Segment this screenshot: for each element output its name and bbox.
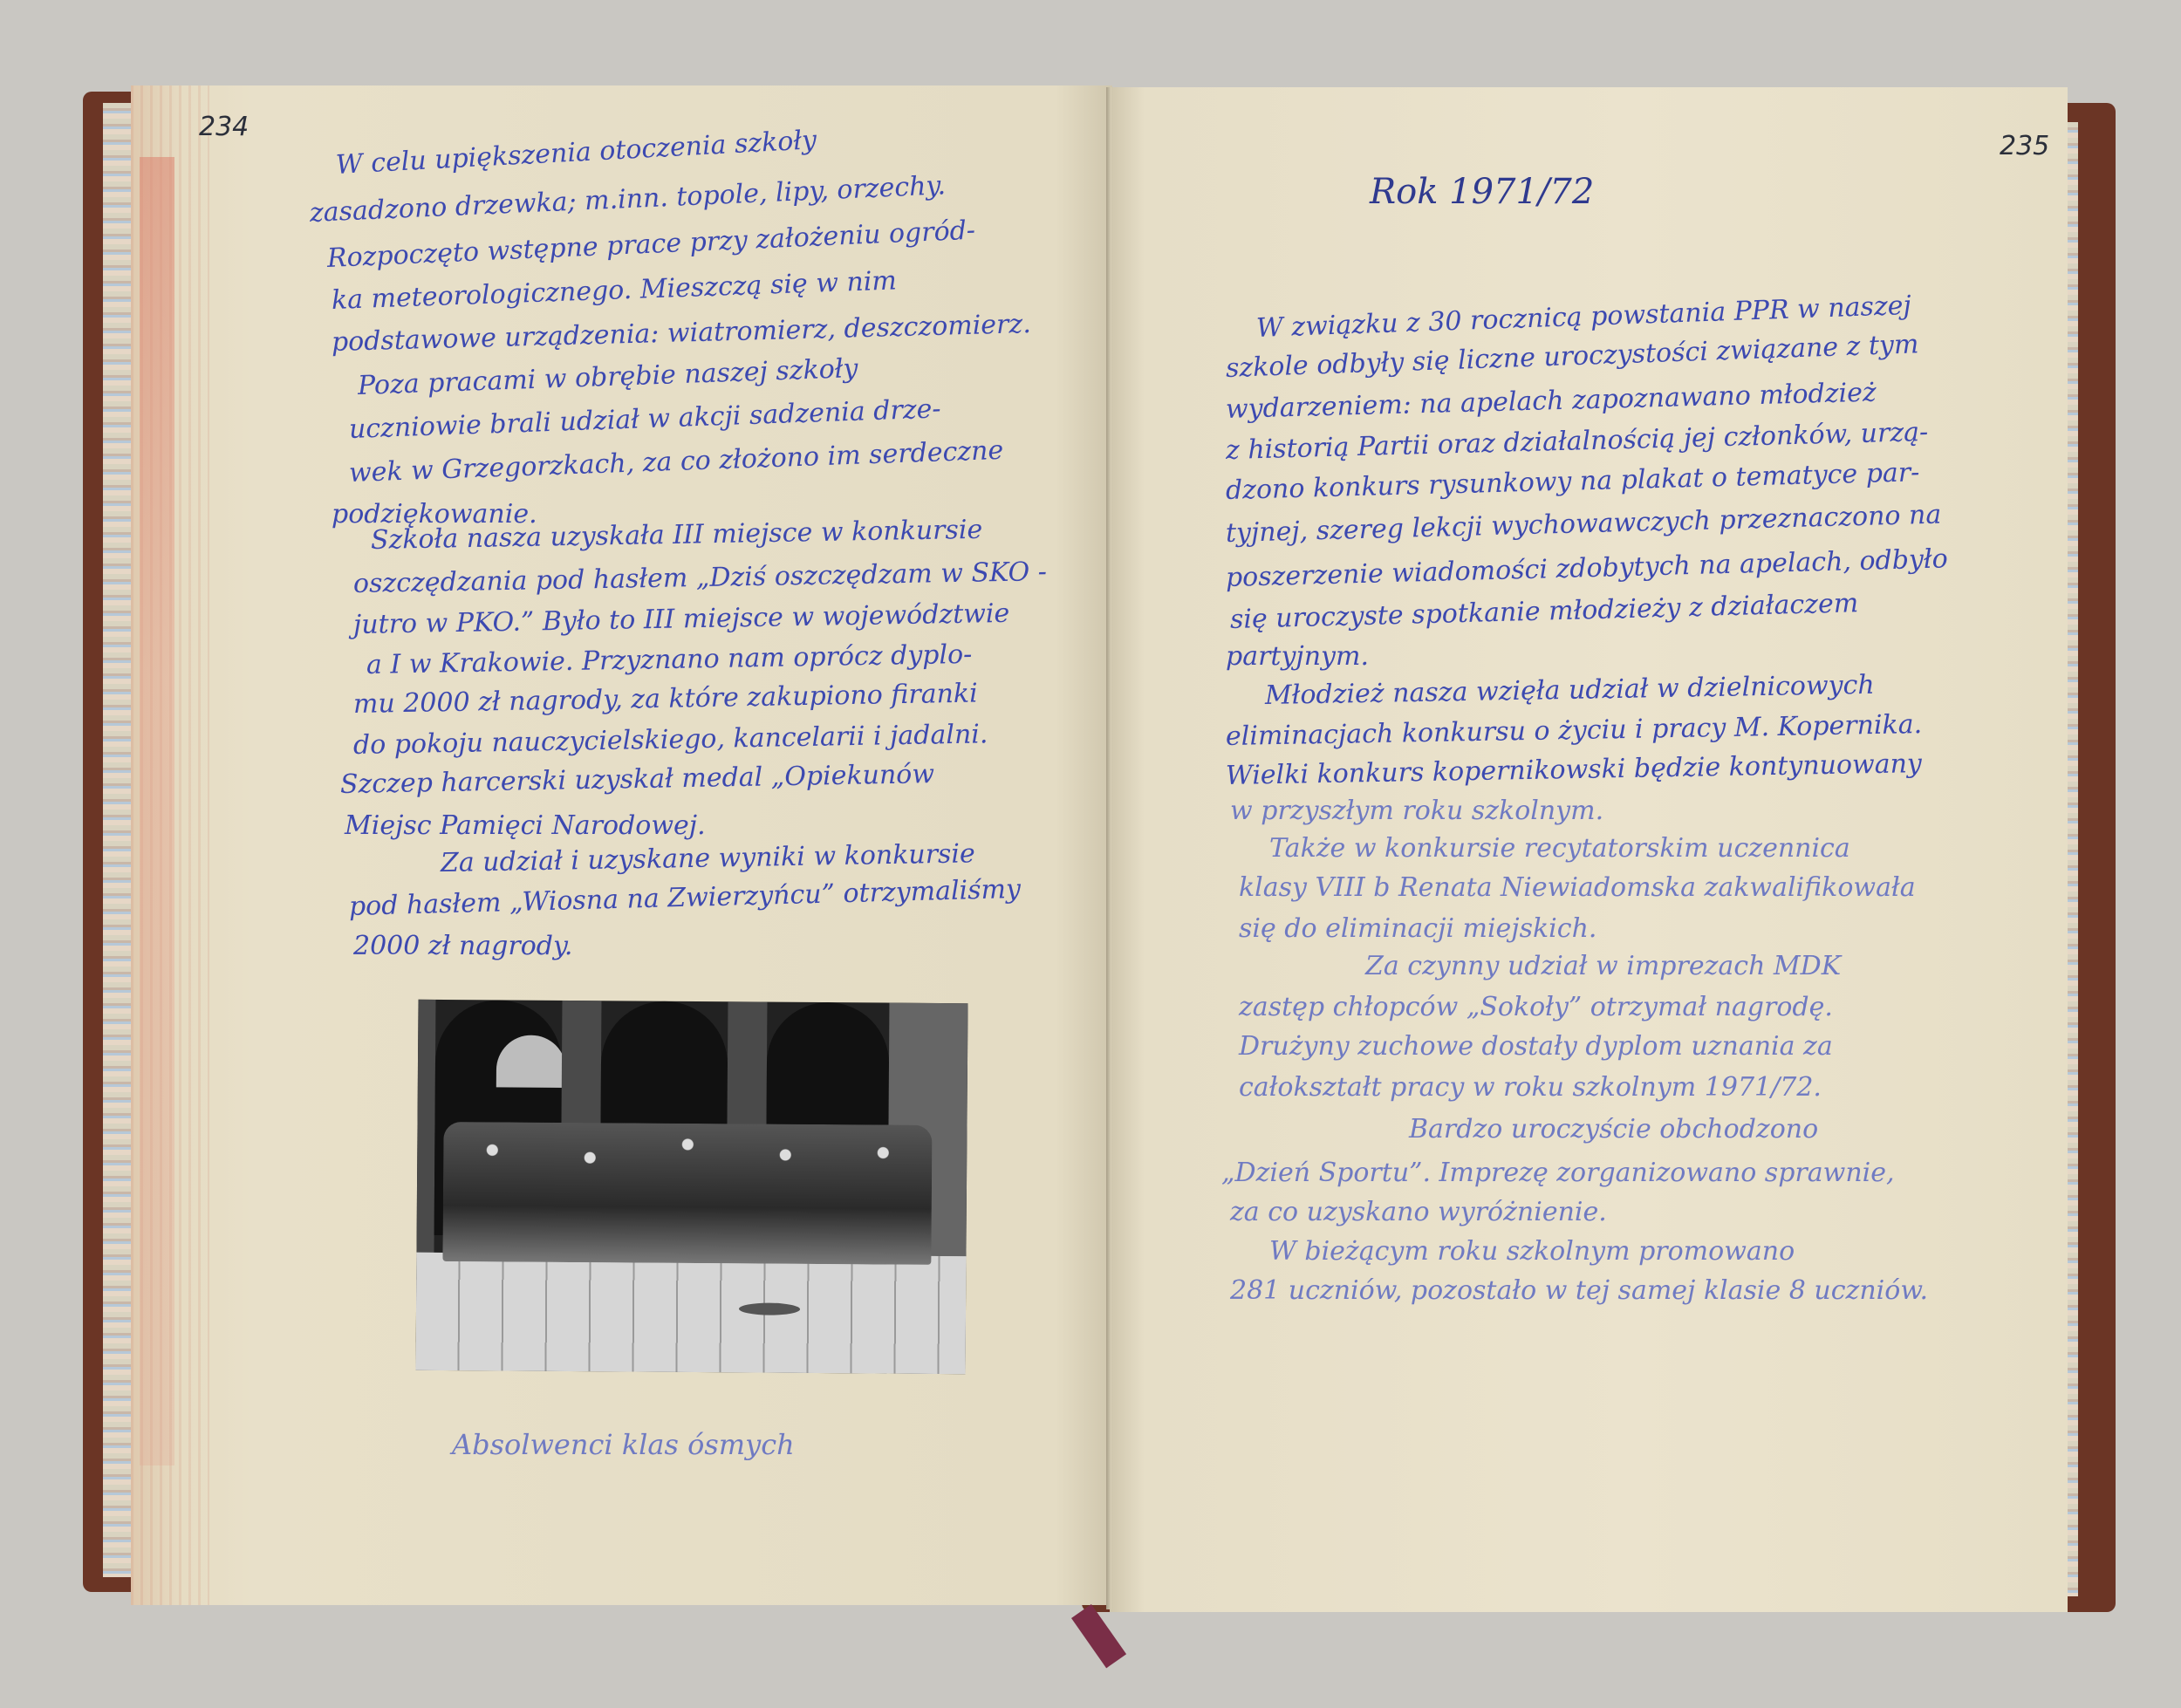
page-number-right: 235 (2000, 131, 2049, 161)
page-number-left: 234 (199, 112, 249, 142)
handwritten-line: się do eliminacji miejskich. (1239, 916, 1596, 942)
handwritten-line: klasy VIII b Renata Niewiadomska zakwali… (1239, 875, 1916, 901)
handwritten-line: W bieżącym roku szkolnym promowano (1269, 1239, 1795, 1265)
photo-pavement (416, 1253, 967, 1374)
bookmark-ribbon (1071, 1604, 1126, 1668)
handwritten-line: „Dzień Sportu”. Imprezę zorganizowano sp… (1221, 1160, 1895, 1186)
handwritten-line: Bardzo uroczyście obchodzono (1409, 1117, 1818, 1143)
handwritten-line: 2000 zł nagrody. (353, 933, 572, 960)
year-heading: Rok 1971/72 (1370, 174, 1594, 209)
handwritten-line: Za czynny udział w imprezach MDK (1365, 953, 1841, 980)
handwritten-line: za co uzyskano wyróżnienie. (1230, 1199, 1607, 1226)
handwritten-line: Miejsc Pamięci Narodowej. (345, 813, 706, 839)
handwritten-line: partyjnym. (1226, 644, 1369, 670)
photo-pillar (416, 1000, 435, 1261)
handwritten-line: zastęp chłopców „Sokoły” otrzymał nagrod… (1239, 994, 1833, 1021)
handwritten-line: w przyszłym roku szkolnym. (1230, 798, 1603, 824)
class-photo (416, 1000, 968, 1374)
photo-group-of-graduates (442, 1122, 932, 1265)
handwritten-line: Drużyny zuchowe dostały dyplom uznania z… (1239, 1034, 1833, 1060)
handwritten-line: 281 uczniów, pozostało w tej samej klasi… (1230, 1278, 1928, 1304)
book-gutter (1106, 87, 1111, 1609)
handwritten-line: Także w konkursie recytatorskim uczennic… (1269, 836, 1850, 862)
photo-caption: Absolwenci klas ósmych (452, 1431, 795, 1459)
handwritten-line: całokształt pracy w roku szkolnym 1971/7… (1239, 1075, 1822, 1101)
left-page-stain (140, 157, 174, 1465)
